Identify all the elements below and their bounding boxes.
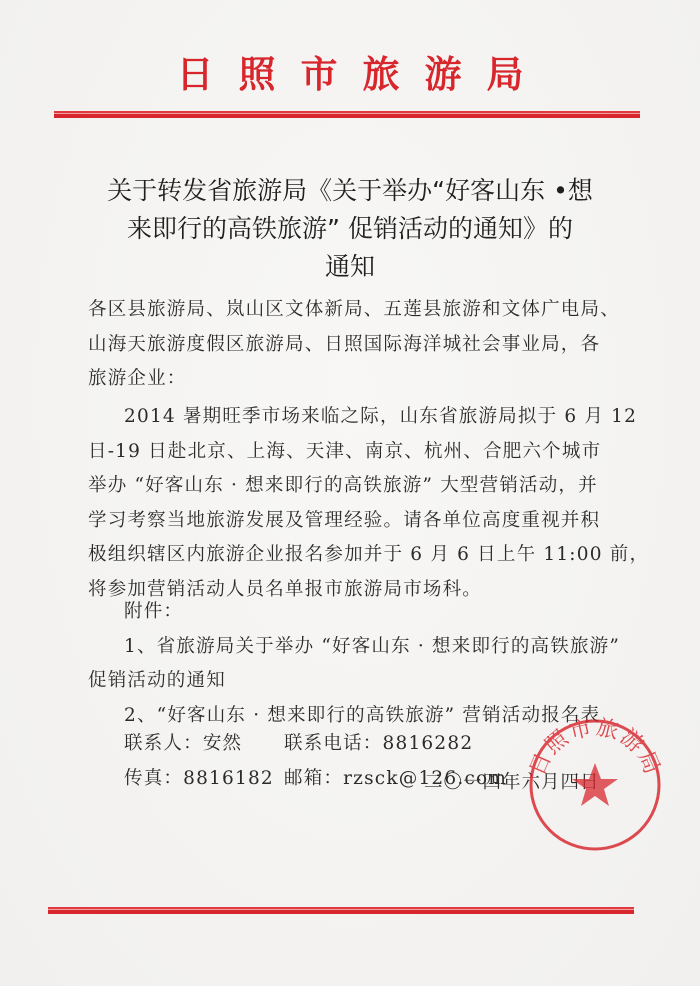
phone-label: 联系电话： xyxy=(284,733,383,754)
phone-value: 8816282 xyxy=(383,733,474,754)
official-seal-stamp: 日照市旅游局 xyxy=(525,715,665,855)
attachments-section: 附件： 1、省旅游局关于举办 “好客山东 · 想来即行的高铁旅游” 促销活动的通… xyxy=(88,595,633,733)
attachments-heading: 附件： xyxy=(88,595,633,630)
title-line: 关于转发省旅游局《关于举办“好客山东 •想 xyxy=(70,172,630,210)
document-title: 关于转发省旅游局《关于举办“好客山东 •想 来即行的高铁旅游” 促销活动的通知》… xyxy=(70,172,630,286)
contact-fax: 传真：8816182 xyxy=(88,762,284,797)
body-line: 极组织辖区内旅游企业报名参加并于 6 月 6 日上午 11:00 前， xyxy=(88,538,633,573)
body-line: 2014 暑期旺季市场来临之际，山东省旅游局拟于 6 月 12 xyxy=(88,400,633,435)
body-line: 举办 “好客山东 · 想来即行的高铁旅游” 大型营销活动，并 xyxy=(88,469,633,504)
title-line: 来即行的高铁旅游” 促销活动的通知》的 xyxy=(70,210,630,248)
footer-divider xyxy=(48,907,634,914)
body-paragraph: 2014 暑期旺季市场来临之际，山东省旅游局拟于 6 月 12 日-19 日赴北… xyxy=(88,400,633,607)
contact-person: 联系人：安然 xyxy=(88,727,284,762)
email-label: 邮箱： xyxy=(284,768,343,789)
salutation-line: 各区县旅游局、岚山区文体新局、五莲县旅游和文体广电局、 xyxy=(88,293,633,328)
body-line: 日-19 日赴北京、上海、天津、南京、杭州、合肥六个城市 xyxy=(88,435,633,470)
salutation-line: 山海天旅游度假区旅游局、日照国际海洋城社会事业局，各 xyxy=(88,328,633,363)
header-divider xyxy=(54,111,640,118)
body-line: 学习考察当地旅游发展及管理经验。请各单位高度重视并积 xyxy=(88,504,633,539)
attachment-item-1-cont: 促销活动的通知 xyxy=(88,664,633,699)
salutation: 各区县旅游局、岚山区文体新局、五莲县旅游和文体广电局、 山海天旅游度假区旅游局、… xyxy=(88,293,633,397)
salutation-line: 旅游企业： xyxy=(88,362,633,397)
contact-person-label: 联系人： xyxy=(124,733,203,754)
title-line: 通知 xyxy=(70,248,630,286)
contact-person-value: 安然 xyxy=(203,733,242,754)
star-icon xyxy=(572,763,618,806)
attachment-item-1: 1、省旅游局关于举办 “好客山东 · 想来即行的高铁旅游” xyxy=(88,630,633,665)
fax-value: 8816182 xyxy=(183,768,274,789)
organization-letterhead: 日照市旅游局 xyxy=(0,44,700,98)
fax-label: 传真： xyxy=(124,768,183,789)
contact-phone: 联系电话：8816282 xyxy=(284,733,473,754)
